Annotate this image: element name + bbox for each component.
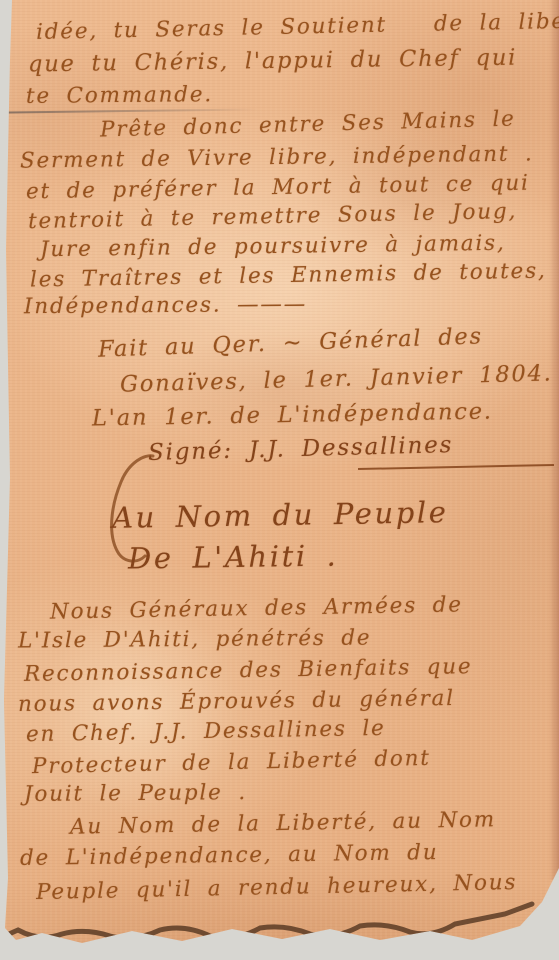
manuscript-line: idée, tu Seras le Soutient de la liberté — [36, 8, 559, 45]
manuscript-line: Signé: J.J. Dessallines — [148, 432, 454, 466]
manuscript-line: L'an 1er. de L'indépendance. — [92, 399, 493, 432]
manuscript-line: en Chef. J.J. Dessallines le — [26, 716, 386, 747]
signature-underline — [358, 464, 554, 470]
fold-crease — [0, 108, 258, 113]
manuscript-line: Nous Généraux des Armées de — [50, 592, 463, 624]
manuscript-line: Au Nom de la Liberté, au Nom — [70, 807, 496, 839]
manuscript-line: Jouit le Peuple . — [24, 780, 247, 807]
paper-edge-shadow — [549, 0, 559, 880]
manuscript-line: Serment de Vivre libre, indépendant . — [20, 141, 534, 173]
manuscript-line: Au Nom du Peuple — [112, 495, 449, 535]
manuscript-line: L'Isle D'Ahiti, pénétrés de — [18, 625, 372, 653]
manuscript-line: Gonaïves, le 1er. Janvier 1804. — [120, 360, 553, 397]
manuscript-line: les Traîtres et les Ennemis de toutes, — [30, 258, 547, 292]
manuscript-line: que tu Chéris, l'appui du Chef qui — [28, 45, 517, 78]
torn-bottom-edge — [0, 898, 559, 960]
manuscript-line: nous avons Éprouvés du général — [18, 686, 455, 717]
manuscript-line: Jure enfin de poursuivre à jamais, — [40, 231, 506, 262]
manuscript-line: Reconnoissance des Bienfaits que — [24, 654, 473, 687]
manuscript-line: De L'Ahiti . — [128, 539, 339, 576]
manuscript-line: Fait au Qer. ~ Général des — [98, 323, 484, 362]
manuscript-line: Protecteur de la Liberté dont — [32, 746, 431, 779]
manuscript-line: tentroit à te remettre Sous le Joug, — [28, 199, 518, 234]
manuscript-line: Indépendances. ——— — [24, 292, 307, 319]
scanned-document-page: idée, tu Seras le Soutient de la liberté… — [0, 0, 559, 960]
manuscript-paper: idée, tu Seras le Soutient de la liberté… — [0, 0, 559, 960]
manuscript-line: de L'indépendance, au Nom du — [20, 840, 439, 871]
manuscript-line: te Commande. — [26, 82, 213, 109]
manuscript-line: Prête donc entre Ses Mains le — [100, 107, 516, 143]
